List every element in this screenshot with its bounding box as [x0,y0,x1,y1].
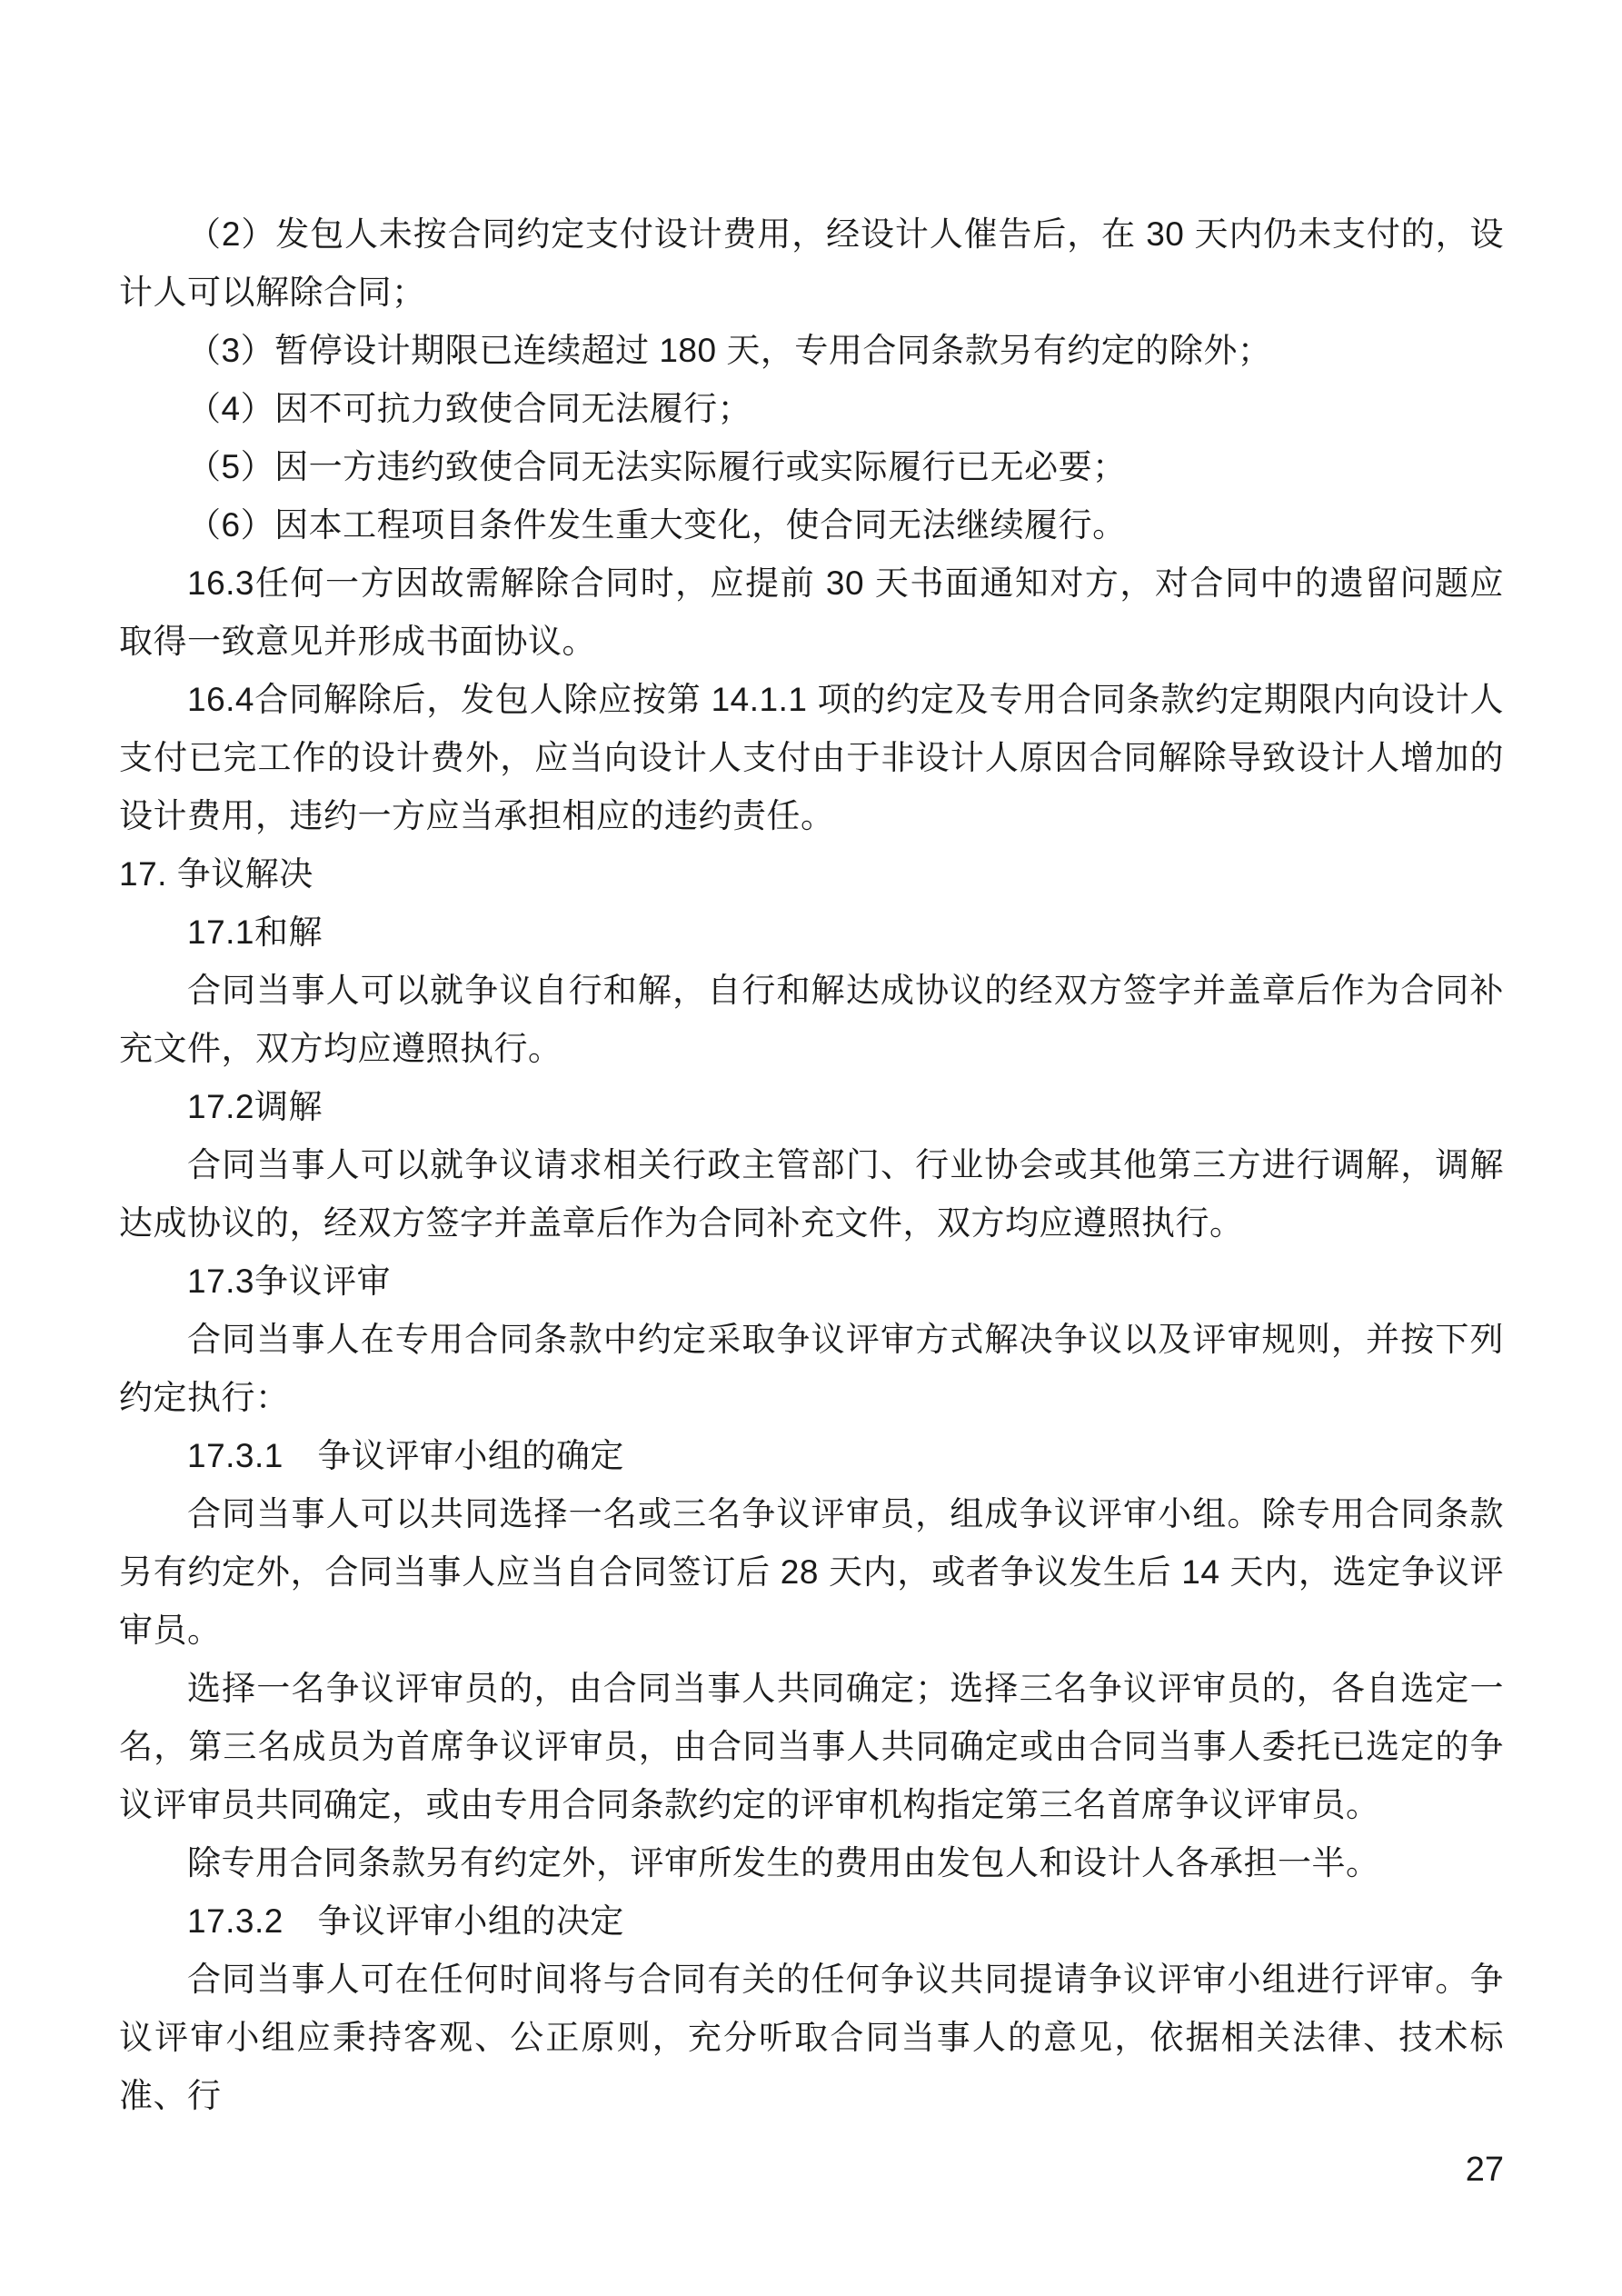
paragraph-16-3: 16.3任何一方因故需解除合同时，应提前 30 天书面通知对方，对合同中的遗留问… [119,554,1504,671]
paragraph-clause-6: （6）因本工程项目条件发生重大变化，使合同无法继续履行。 [119,496,1504,554]
heading-17-dispute-resolution: 17. 争议解决 [119,845,1504,903]
heading-17-3-dispute-review: 17.3争议评审 [119,1253,1504,1311]
paragraph-17-3-1-body-3: 除专用合同条款另有约定外，评审所发生的费用由发包人和设计人各承担一半。 [119,1834,1504,1892]
paragraph-17-1-body: 合同当事人可以就争议自行和解，自行和解达成协议的经双方签字并盖章后作为合同补充文… [119,962,1504,1078]
paragraph-clause-3: （3）暂停设计期限已连续超过 180 天，专用合同条款另有约定的除外； [119,322,1504,380]
paragraph-17-3-1-body-1: 合同当事人可以共同选择一名或三名争议评审员，组成争议评审小组。除专用合同条款另有… [119,1485,1504,1660]
page-number: 27 [0,2147,1504,2192]
heading-17-3-2-panel-decision: 17.3.2 争议评审小组的决定 [119,1892,1504,1951]
heading-17-2-mediation: 17.2调解 [119,1078,1504,1136]
document-page: （2）发包人未按合同约定支付设计费用，经设计人催告后，在 30 天内仍未支付的，… [0,0,1622,2296]
paragraph-17-3-1-body-2: 选择一名争议评审员的，由合同当事人共同确定；选择三名争议评审员的，各自选定一名，… [119,1660,1504,1834]
document-body: （2）发包人未按合同约定支付设计费用，经设计人催告后，在 30 天内仍未支付的，… [119,205,1504,2125]
paragraph-clause-5: （5）因一方违约致使合同无法实际履行或实际履行已无必要； [119,438,1504,496]
heading-17-3-1-panel-determination: 17.3.1 争议评审小组的确定 [119,1427,1504,1485]
paragraph-17-3-body: 合同当事人在专用合同条款中约定采取争议评审方式解决争议以及评审规则，并按下列约定… [119,1311,1504,1427]
paragraph-clause-2: （2）发包人未按合同约定支付设计费用，经设计人催告后，在 30 天内仍未支付的，… [119,205,1504,322]
paragraph-clause-4: （4）因不可抗力致使合同无法履行； [119,380,1504,438]
paragraph-17-3-2-body: 合同当事人可在任何时间将与合同有关的任何争议共同提请争议评审小组进行评审。争议评… [119,1951,1504,2125]
paragraph-17-2-body: 合同当事人可以就争议请求相关行政主管部门、行业协会或其他第三方进行调解，调解达成… [119,1136,1504,1253]
heading-17-1-reconciliation: 17.1和解 [119,903,1504,962]
paragraph-16-4: 16.4合同解除后，发包人除应按第 14.1.1 项的约定及专用合同条款约定期限… [119,671,1504,845]
